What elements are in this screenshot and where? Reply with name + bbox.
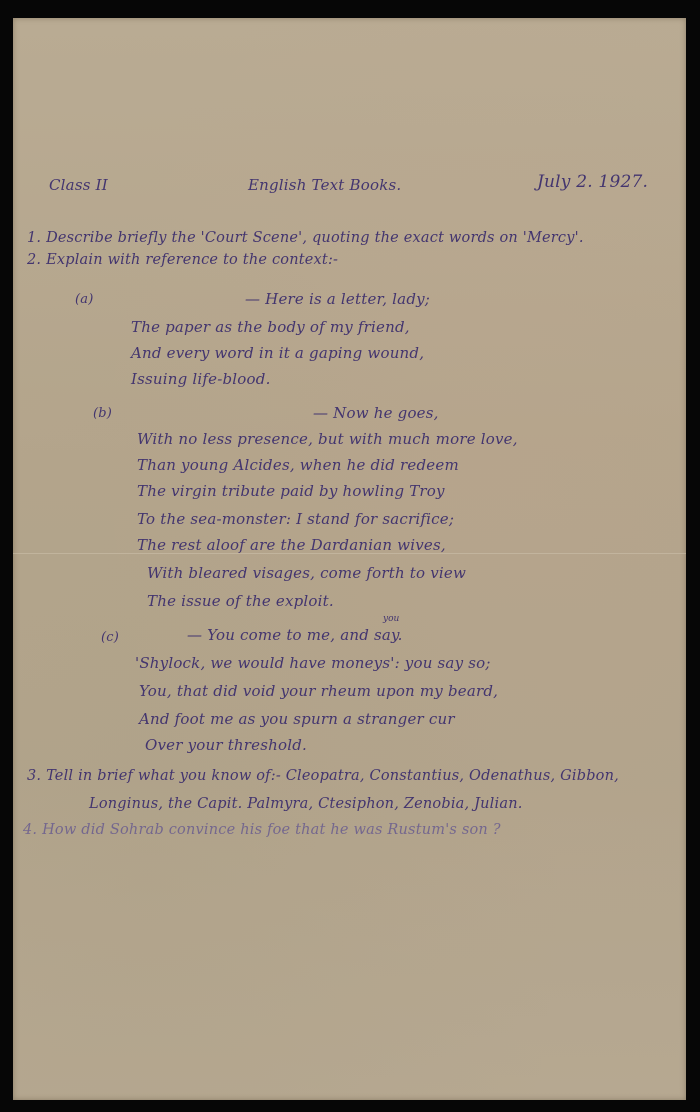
question-text: Explain with reference to the context:- [46, 252, 338, 268]
question-4: 4. How did Sohrab convince his foe that … [23, 822, 501, 838]
verse-line: — You come to me, and say. [187, 626, 403, 644]
verse-line: Than young Alcides, when he did redeem [137, 456, 459, 474]
verse-line: The paper as the body of my friend, [131, 318, 410, 336]
verse-line: To the sea-monster: I stand for sacrific… [137, 510, 454, 528]
question-number: 2. [27, 252, 41, 268]
question-3: 3. Tell in brief what you know of:- Cleo… [27, 768, 619, 784]
question-3-continued: Longinus, the Capit. Palmyra, Ctesiphon,… [89, 796, 523, 812]
question-text: Describe briefly the 'Court Scene', quot… [46, 230, 584, 246]
question-number: 4. [23, 822, 37, 838]
inserted-word: you [383, 614, 399, 624]
verse-line: Over your threshold. [145, 736, 307, 754]
question-number: 3. [27, 768, 41, 784]
verse-line: Issuing life-blood. [131, 370, 271, 388]
question-text: How did Sohrab convince his foe that he … [42, 822, 501, 838]
verse-line: With bleared visages, come forth to view [147, 564, 466, 582]
verse-line: — Here is a letter, lady; [245, 290, 430, 308]
verse-line: And every word in it a gaping wound, [131, 344, 424, 362]
verse-line: — Now he goes, [313, 404, 439, 422]
verse-line: The virgin tribute paid by howling Troy [137, 482, 445, 500]
verse-line: And foot me as you spurn a stranger cur [139, 710, 455, 728]
verse-line: 'Shylock, we would have moneys': you say… [135, 654, 491, 672]
verse-line: The rest aloof are the Dardanian wives, [137, 536, 446, 554]
verse-line: The issue of the exploit. [147, 592, 334, 610]
part-label-c: (c) [101, 630, 119, 645]
part-label-a: (a) [75, 292, 94, 307]
question-2: 2. Explain with reference to the context… [27, 252, 338, 268]
part-label-b: (b) [93, 406, 112, 421]
verse-line: You, that did void your rheum upon my be… [139, 682, 498, 700]
class-label: Class II [49, 176, 108, 194]
subject-title: English Text Books. [248, 176, 401, 194]
question-1: 1. Describe briefly the 'Court Scene', q… [27, 230, 584, 246]
verse-line: With no less presence, but with much mor… [137, 430, 518, 448]
question-number: 1. [27, 230, 41, 246]
exam-paper-sheet: Class II English Text Books. July 2. 192… [13, 18, 686, 1100]
question-text: Tell in brief what you know of:- Cleopat… [46, 768, 619, 784]
exam-date: July 2. 1927. [537, 172, 648, 192]
